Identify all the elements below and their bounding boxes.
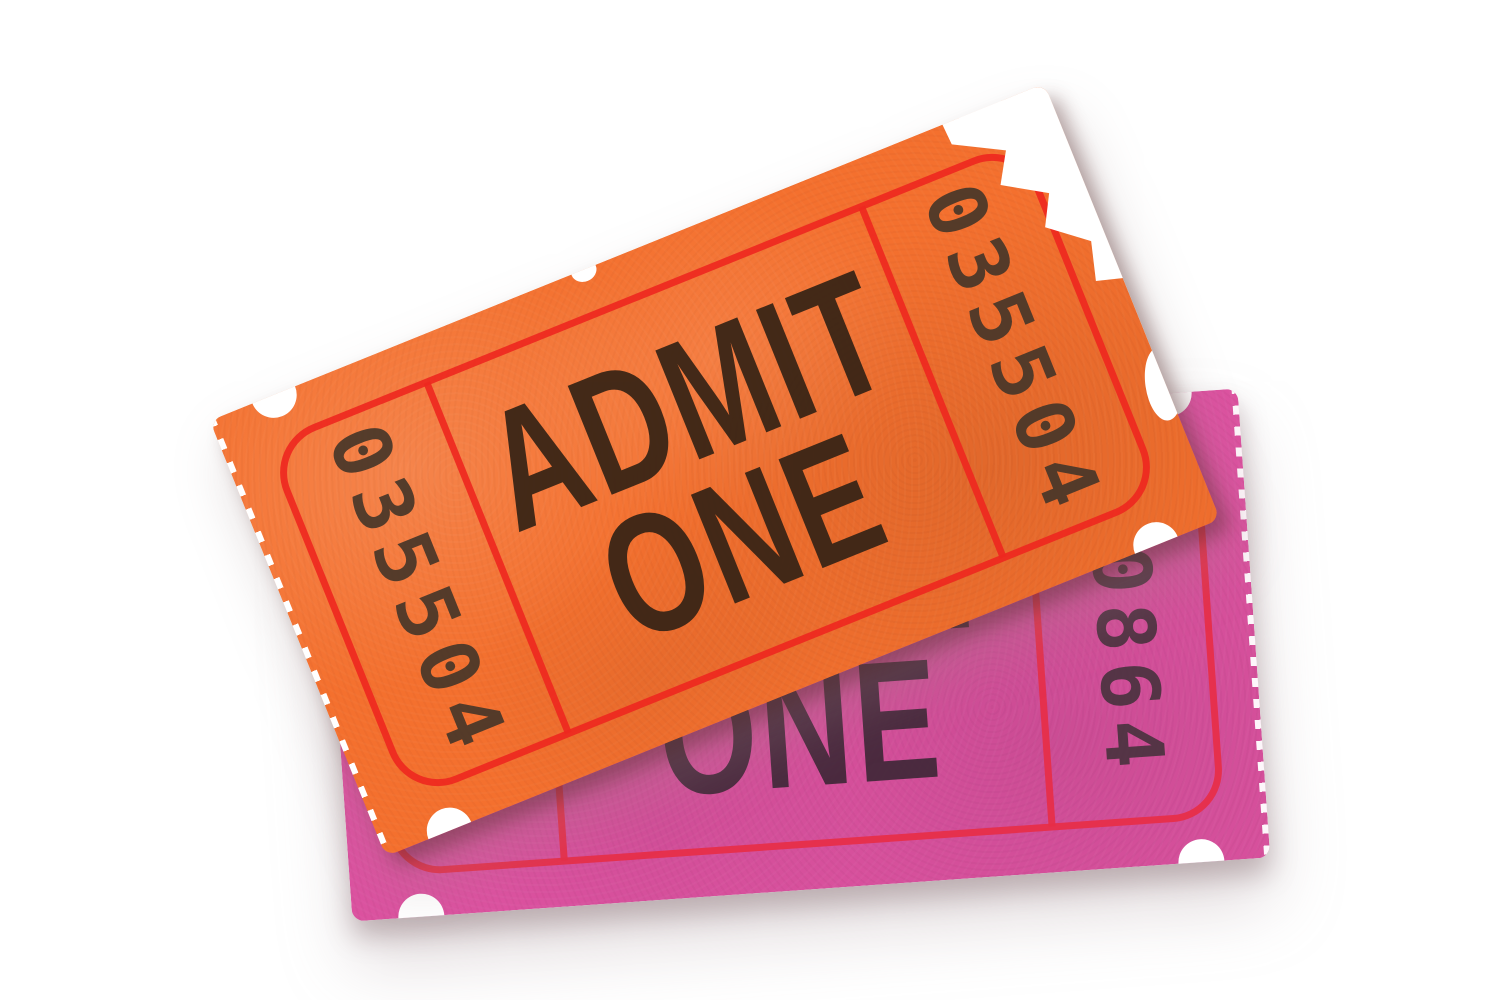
tickets-photo: 80864 80864 ADMIT ONE 035504 035504 ADMI… — [0, 0, 1500, 1000]
